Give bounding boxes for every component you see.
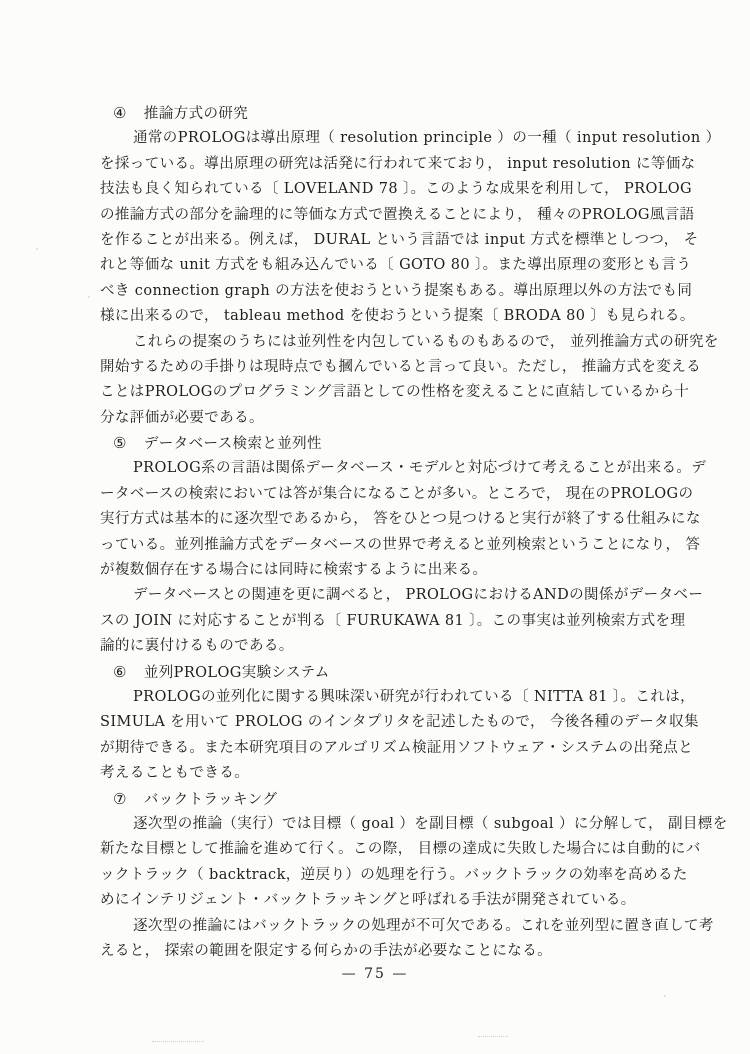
scanned-paper-page: ④ 推論方式の研究 通常のPROLOGは導出原理（ resolution pri… — [0, 0, 750, 1054]
scan-artifact — [152, 1041, 204, 1042]
scan-artifact — [36, 248, 38, 250]
body-line: 技法も良く知られている〔 LOVELAND 78 〕。このような成果を利用して，… — [100, 177, 700, 202]
body-line: 実行方式は基本的に逐次型であるから， 答をひとつ見つけると実行が終了する仕組みに… — [100, 507, 700, 532]
body-line: 論的に裏付けるものである。 — [100, 634, 700, 659]
body-line: 通常のPROLOGは導出原理（ resolution principle ）の一… — [100, 126, 700, 151]
text-block: ④ 推論方式の研究 通常のPROLOGは導出原理（ resolution pri… — [100, 101, 700, 964]
section-number-badge: ⑦ — [113, 787, 127, 812]
section-heading-5: ⑤ データベース検索と並列性 — [100, 431, 700, 456]
body-line: っている。並列推論方式をデータベースの世界で考えると並列検索ということになり， … — [100, 533, 700, 558]
body-line: 逐次型の推論にはバックトラックの処理が不可欠である。これを並列型に置き直して考 — [100, 914, 700, 939]
section-heading-6: ⑥ 並列PROLOG実験システム — [100, 660, 700, 685]
body-line: 考えることもできる。 — [100, 761, 700, 786]
section-heading-4: ④ 推論方式の研究 — [100, 101, 700, 126]
body-line: 逐次型の推論（実行）では目標（ goal ）を副目標（ subgoal ）に分解… — [100, 812, 700, 837]
scan-artifact — [664, 995, 666, 997]
body-line: 様に出来るので， tableau method を使おうという提案〔 BRODA… — [100, 304, 700, 329]
body-line: ことはPROLOGのプログラミング言語としての性格を変えることに直結しているから… — [100, 380, 700, 405]
section-title: 並列PROLOG実験システム — [144, 665, 330, 681]
section-number-badge: ④ — [113, 101, 127, 126]
body-line: めにインテリジェント・バックトラッキングと呼ばれる手法が開発されている。 — [100, 888, 700, 913]
body-line: れと等価な unit 方式をも組み込んでいる〔 GOTO 80 〕。また導出原理… — [100, 253, 700, 278]
body-line: ックトラック（ backtrack，逆戻り）の処理を行う。バックトラックの効率を… — [100, 863, 700, 888]
body-line: 新たな目標として推論を進めて行く。この際， 目標の達成に失敗した場合には自動的に… — [100, 837, 700, 862]
scan-artifact — [88, 296, 90, 298]
body-line: が複数個存在する場合には同時に検索するように出来る。 — [100, 558, 700, 583]
body-line: えると， 探索の範囲を限定する何らかの手法が必要なことになる。 — [100, 939, 700, 964]
body-line: PROLOGの並列化に関する興味深い研究が行われている〔 NITTA 81 〕。… — [100, 685, 700, 710]
section-title: 推論方式の研究 — [144, 106, 248, 122]
body-line: 開始するための手掛りは現時点でも摑んでいると言って良い。ただし， 推論方式を変え… — [100, 355, 700, 380]
body-line: スの JOIN に対応することが判る〔 FURUKAWA 81 〕。この事実は並… — [100, 609, 700, 634]
section-heading-7: ⑦ バックトラッキング — [100, 787, 700, 812]
body-line: ータベースの検索においては答が集合になることが多い。ところで， 現在のPROLO… — [100, 482, 700, 507]
scan-artifact — [478, 1036, 508, 1037]
section-number-badge: ⑥ — [113, 660, 127, 685]
body-line: これらの提案のうちには並列性を内包しているものもあるので， 並列推論方式の研究を — [100, 330, 700, 355]
section-number-badge: ⑤ — [113, 431, 127, 456]
body-line: SIMULA を用いて PROLOG のインタプリタを記述したもので， 今後各種… — [100, 710, 700, 735]
body-line: の推論方式の部分を論理的に等価な方式で置換えることにより， 種々のPROLOG風… — [100, 203, 700, 228]
page-number: — 75 — — [0, 966, 750, 982]
section-title: バックトラッキング — [144, 792, 277, 808]
body-line: を採っている。導出原理の研究は活発に行われて来ており， input resolu… — [100, 152, 700, 177]
body-line: を作ることが出来る。例えば， DURAL という言語では input 方式を標準… — [100, 228, 700, 253]
body-line: 分な評価が必要である。 — [100, 406, 700, 431]
body-line: PROLOG系の言語は関係データベース・モデルと対応づけて考えることが出来る。デ — [100, 456, 700, 481]
section-title: データベース検索と並列性 — [144, 436, 322, 452]
body-line: が期待できる。また本研究項目のアルゴリズム検証用ソフトウェア・システムの出発点と — [100, 736, 700, 761]
body-line: データベースとの関連を更に調べると， PROLOGにおけるANDの関係がデータベ… — [100, 583, 700, 608]
body-line: べき connection graph の方法を使おうという提案もある。導出原理… — [100, 279, 700, 304]
